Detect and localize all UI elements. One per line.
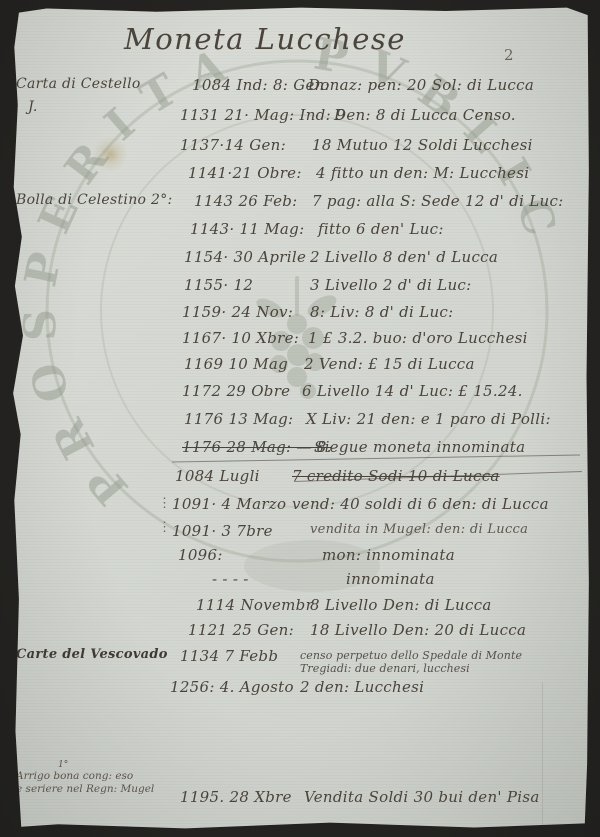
entry-description: vendita in Mugel: den: di Lucca bbox=[310, 522, 528, 537]
entry-description: Vendita Soldi 30 bui den' Pisa bbox=[304, 788, 540, 806]
entry-date: 1143 26 Feb: bbox=[194, 192, 298, 210]
entry-row: 1143· 11 Mag: fitto 6 den' Luc: bbox=[12, 220, 590, 247]
entry-description: 7 pag: alla S: Sede 12 d' di Luc: bbox=[312, 192, 564, 210]
entry-description-struck: 7 credito Sodi 10 di Lucca bbox=[292, 467, 500, 485]
manuscript-page: PVBLIC PROSPERITA Moneta Lucchese 2 Cart… bbox=[12, 6, 590, 830]
entry-date: 1084 Lugli bbox=[175, 467, 260, 485]
entry-margin-label: Carte del Vescovado bbox=[16, 647, 168, 662]
entry-date-struck: 1176 28 Mag: — 8. bbox=[182, 438, 332, 456]
dotted-margin-mark: ⋮ bbox=[158, 496, 171, 511]
entry-description: Donaz: pen: 20 Sol: di Lucca bbox=[308, 76, 534, 94]
entry-row: 1256: 4. Agosto 2 den: Lucchesi bbox=[12, 678, 590, 705]
entry-description: vend: 40 soldi di 6 den: di Lucca bbox=[292, 495, 549, 513]
entry-margin-label: Carta di Cestello bbox=[16, 76, 141, 92]
entry-date: 1167· 10 Xbre: bbox=[182, 329, 299, 347]
entry-date: 1172 29 Obre bbox=[182, 382, 290, 400]
entry-description: 2 Livello 8 den' d Lucca bbox=[310, 248, 498, 266]
entry-date: 1159· 24 Nov: bbox=[182, 303, 293, 321]
entry-row: 1167· 10 Xbre: 1 £ 3.2. buo: d'oro Lucch… bbox=[12, 329, 590, 356]
entry-date: 1096: bbox=[178, 546, 223, 564]
page-title: Moneta Lucchese bbox=[124, 22, 406, 56]
entry-row: Bolla di Celestino 2°: 1143 26 Feb: 7 pa… bbox=[12, 192, 590, 219]
entry-description: 8: Liv: 8 d' di Luc: bbox=[310, 303, 453, 321]
entry-row: 1114 Novembr 8 Livello Den: di Lucca bbox=[12, 596, 590, 623]
entry-row: 1176 13 Mag: X Liv: 21 den: e 1 paro di … bbox=[12, 410, 590, 437]
entry-row: 1155· 12 3 Livello 2 d' di Luc: bbox=[12, 276, 590, 303]
entry-margin-label: Bolla di Celestino 2°: bbox=[16, 192, 173, 208]
entry-date: 1169 10 Mag bbox=[184, 355, 288, 373]
entry-description: mon: innominata bbox=[322, 546, 455, 564]
entry-date: 1131 21· Mag: Ind: 9 bbox=[180, 106, 346, 124]
entry-row: 1121 25 Gen: 18 Livello Den: 20 di Lucca bbox=[12, 621, 590, 648]
entry-description: 4 fitto un den: M: Lucchesi bbox=[316, 164, 529, 182]
entry-description: Den: 8 di Lucca Censo. bbox=[334, 106, 516, 124]
entry-date: 1154· 30 Aprile bbox=[184, 248, 306, 266]
margin-note-line2: e seriere nel Regn: Mugel bbox=[16, 783, 154, 796]
entry-row: 1131 21· Mag: Ind: 9 Den: 8 di Lucca Cen… bbox=[12, 106, 590, 133]
entry-description: fitto 6 den' Luc: bbox=[318, 220, 444, 238]
entry-date: 1176 13 Mag: bbox=[184, 410, 293, 428]
entry-description: 2 den: Lucchesi bbox=[300, 678, 424, 696]
margin-note-superscript: 1° bbox=[58, 760, 68, 770]
entry-row: 1096: mon: innominata bbox=[12, 546, 590, 573]
entry-date: 1141·21 Obre: bbox=[188, 164, 302, 182]
entry-row: 1176 28 Mag: — 8. Siegue moneta innomina… bbox=[12, 438, 590, 465]
entry-description: 18 Livello Den: 20 di Lucca bbox=[310, 621, 526, 639]
margin-note-line1: Arrigo bona cong: eso bbox=[16, 770, 154, 783]
entry-description: innominata bbox=[346, 570, 435, 588]
entry-description: 1 £ 3.2. buo: d'oro Lucchesi bbox=[308, 329, 528, 347]
entry-date: 1134 7 Febb bbox=[180, 647, 278, 665]
entry-description: 2 Vend: £ 15 di Lucca bbox=[304, 355, 475, 373]
entry-date: 1121 25 Gen: bbox=[188, 621, 294, 639]
entry-row: Carta di Cestello J. 1084 Ind: 8: Gen: D… bbox=[12, 76, 590, 103]
dotted-margin-mark: ⋮ bbox=[158, 520, 171, 535]
entry-description: 18 Mutuo 12 Soldi Lucchesi bbox=[312, 136, 533, 154]
paper-crease bbox=[542, 682, 543, 828]
entry-row: 1159· 24 Nov: 8: Liv: 8 d' di Luc: bbox=[12, 303, 590, 330]
page-number: 2 bbox=[504, 46, 514, 64]
entry-date: - - - - bbox=[212, 570, 249, 588]
entry-row: 1172 29 Obre 6 Livello 14 d' Luc: £ 15.2… bbox=[12, 382, 590, 409]
entry-row: - - - - innominata bbox=[12, 570, 590, 597]
entry-row: 1091· 3 7bre vendita in Mugel: den: di L… bbox=[12, 522, 590, 549]
photograph-background: { "page": { "title": "Moneta Lucchese", … bbox=[0, 0, 600, 837]
entry-description: 6 Livello 14 d' Luc: £ 15.24. bbox=[302, 382, 523, 400]
entry-row: 1137·14 Gen: 18 Mutuo 12 Soldi Lucchesi bbox=[12, 136, 590, 163]
entry-description: censo perpetuo dello Spedale di Monte bbox=[300, 649, 522, 662]
entry-description: X Liv: 21 den: e 1 paro di Polli: bbox=[306, 410, 551, 428]
entry-date: 1091· 3 7bre bbox=[172, 522, 273, 540]
entry-date: 1155· 12 bbox=[184, 276, 253, 294]
margin-note: Arrigo bona cong: eso e seriere nel Regn… bbox=[16, 770, 154, 796]
entry-description: 3 Livello 2 d' di Luc: bbox=[310, 276, 471, 294]
entry-description: 8 Livello Den: di Lucca bbox=[310, 596, 492, 614]
entry-row: 1169 10 Mag 2 Vend: £ 15 di Lucca bbox=[12, 355, 590, 382]
entry-date: 1091· 4 Marzo bbox=[172, 495, 286, 513]
entry-description: Siegue moneta innominata bbox=[314, 438, 525, 456]
entry-row: 1141·21 Obre: 4 fitto un den: M: Lucches… bbox=[12, 164, 590, 191]
entry-row: 1154· 30 Aprile 2 Livello 8 den' d Lucca bbox=[12, 248, 590, 275]
entry-row: Carte del Vescovado 1134 7 Febb censo pe… bbox=[12, 647, 590, 674]
entry-date: 1195. 28 Xbre bbox=[180, 788, 292, 806]
entry-row: 1091· 4 Marzo vend: 40 soldi di 6 den: d… bbox=[12, 495, 590, 522]
entry-description-line2: Tregiadi: due denari, lucchesi bbox=[300, 662, 470, 675]
entry-date: 1256: 4. Agosto bbox=[170, 678, 294, 696]
entry-date: 1114 Novembr bbox=[196, 596, 313, 614]
entry-date: 1143· 11 Mag: bbox=[190, 220, 304, 238]
entry-date: 1137·14 Gen: bbox=[180, 136, 286, 154]
